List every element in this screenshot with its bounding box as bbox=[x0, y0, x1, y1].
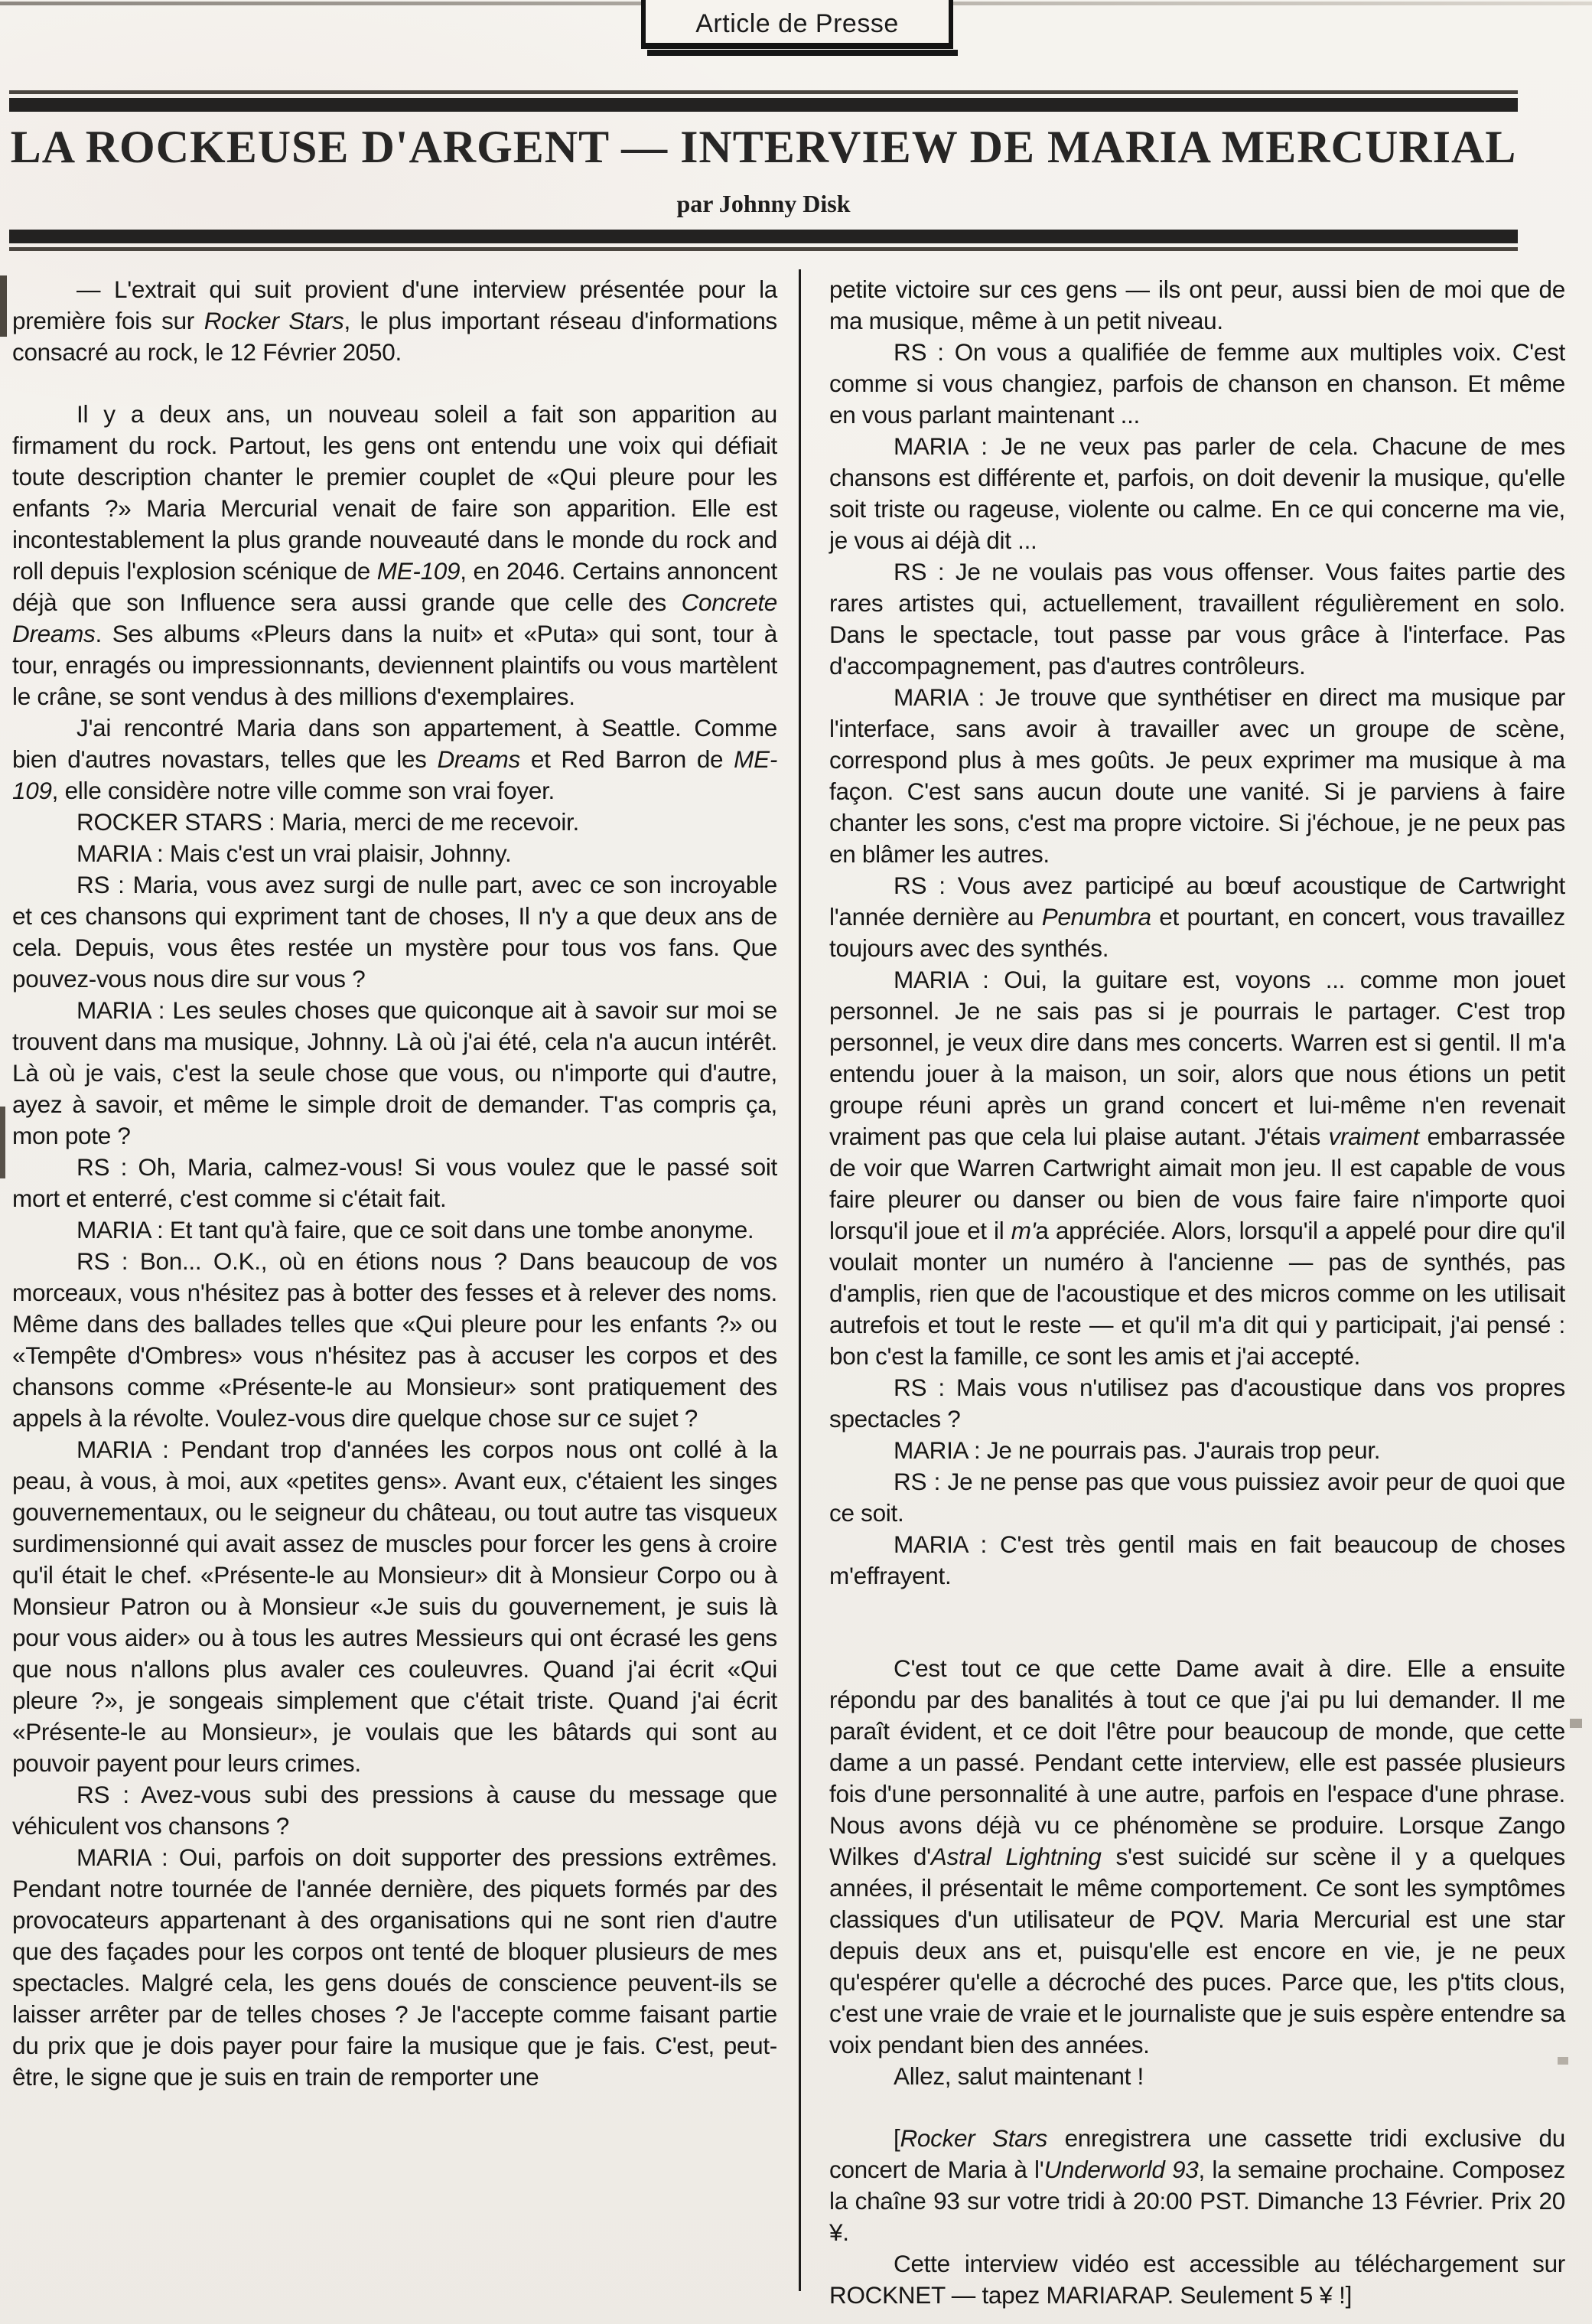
paragraph: MARIA : Mais c'est un vrai plaisir, John… bbox=[12, 838, 777, 869]
scan-artifact bbox=[1570, 1719, 1582, 1728]
article-column-right: petite victoire sur ces gens — ils ont p… bbox=[829, 274, 1565, 2311]
scan-artifact bbox=[0, 1107, 5, 1178]
paragraph: RS : Je ne pense pas que vous puissiez a… bbox=[829, 1466, 1565, 1529]
paragraph: ROCKER STARS : Maria, merci de me recevo… bbox=[12, 807, 777, 838]
article-type-label: Article de Presse bbox=[695, 9, 899, 39]
paragraph: RS : Maria, vous avez surgi de nulle par… bbox=[12, 869, 777, 995]
paragraph: RS : Mais vous n'utilisez pas d'acoustiq… bbox=[829, 1372, 1565, 1435]
scanned-press-article-page: Article de Presse LA ROCKEUSE D'ARGENT —… bbox=[0, 0, 1592, 2324]
paragraph: RS : Vous avez participé au bœuf acousti… bbox=[829, 870, 1565, 964]
rule-thick bbox=[9, 230, 1518, 243]
paragraph: J'ai rencontré Maria dans son appartemen… bbox=[12, 712, 777, 807]
column-divider-rule bbox=[799, 269, 801, 2291]
paragraph: RS : Bon... O.K., où en étions nous ? Da… bbox=[12, 1246, 777, 1434]
paragraph: Allez, salut maintenant ! bbox=[829, 2061, 1565, 2092]
paragraph: MARIA : Les seules choses que quiconque … bbox=[12, 995, 777, 1152]
article-title: LA ROCKEUSE D'ARGENT — INTERVIEW DE MARI… bbox=[9, 121, 1518, 174]
article-byline: par Johnny Disk bbox=[9, 190, 1518, 218]
rule-thin bbox=[9, 90, 1518, 94]
paragraph: MARIA : Oui, parfois on doit supporter d… bbox=[12, 1842, 777, 2093]
paragraph: RS : Avez-vous subi des pressions à caus… bbox=[12, 1779, 777, 1842]
scan-artifact bbox=[1558, 2057, 1568, 2065]
paragraph: Cette interview vidéo est accessible au … bbox=[829, 2248, 1565, 2311]
paragraph: MARIA : Je ne veux pas parler de cela. C… bbox=[829, 431, 1565, 556]
scan-artifact bbox=[0, 275, 7, 337]
paragraph: Il y a deux ans, un nouveau soleil a fai… bbox=[12, 399, 777, 712]
paragraph: MARIA : Oui, la guitare est, voyons ... … bbox=[829, 964, 1565, 1372]
paragraph: MARIA : Et tant qu'à faire, que ce soit … bbox=[12, 1214, 777, 1246]
article-column-left: — L'extrait qui suit provient d'une inte… bbox=[12, 274, 777, 2093]
paragraph: — L'extrait qui suit provient d'une inte… bbox=[12, 274, 777, 368]
paragraph: petite victoire sur ces gens — ils ont p… bbox=[829, 274, 1565, 337]
paragraph: RS : On vous a qualifiée de femme aux mu… bbox=[829, 337, 1565, 431]
rule-thin bbox=[9, 247, 1518, 251]
article-type-tag-box: Article de Presse bbox=[641, 0, 953, 49]
paragraph: C'est tout ce que cette Dame avait à dir… bbox=[829, 1653, 1565, 2061]
paragraph: MARIA : Je trouve que synthétiser en dir… bbox=[829, 682, 1565, 870]
title-rule-top bbox=[9, 90, 1518, 112]
paragraph: [Rocker Stars enregistrera une cassette … bbox=[829, 2123, 1565, 2248]
rule-thick bbox=[9, 98, 1518, 112]
paragraph: RS : Je ne voulais pas vous offenser. Vo… bbox=[829, 556, 1565, 682]
paragraph: MARIA : Pendant trop d'années les corpos… bbox=[12, 1434, 777, 1779]
paragraph: MARIA : Je ne pourrais pas. J'aurais tro… bbox=[829, 1435, 1565, 1466]
paragraph: RS : Oh, Maria, calmez-vous! Si vous vou… bbox=[12, 1152, 777, 1214]
title-rule-bottom bbox=[9, 230, 1518, 251]
paragraph: MARIA : C'est très gentil mais en fait b… bbox=[829, 1529, 1565, 1592]
